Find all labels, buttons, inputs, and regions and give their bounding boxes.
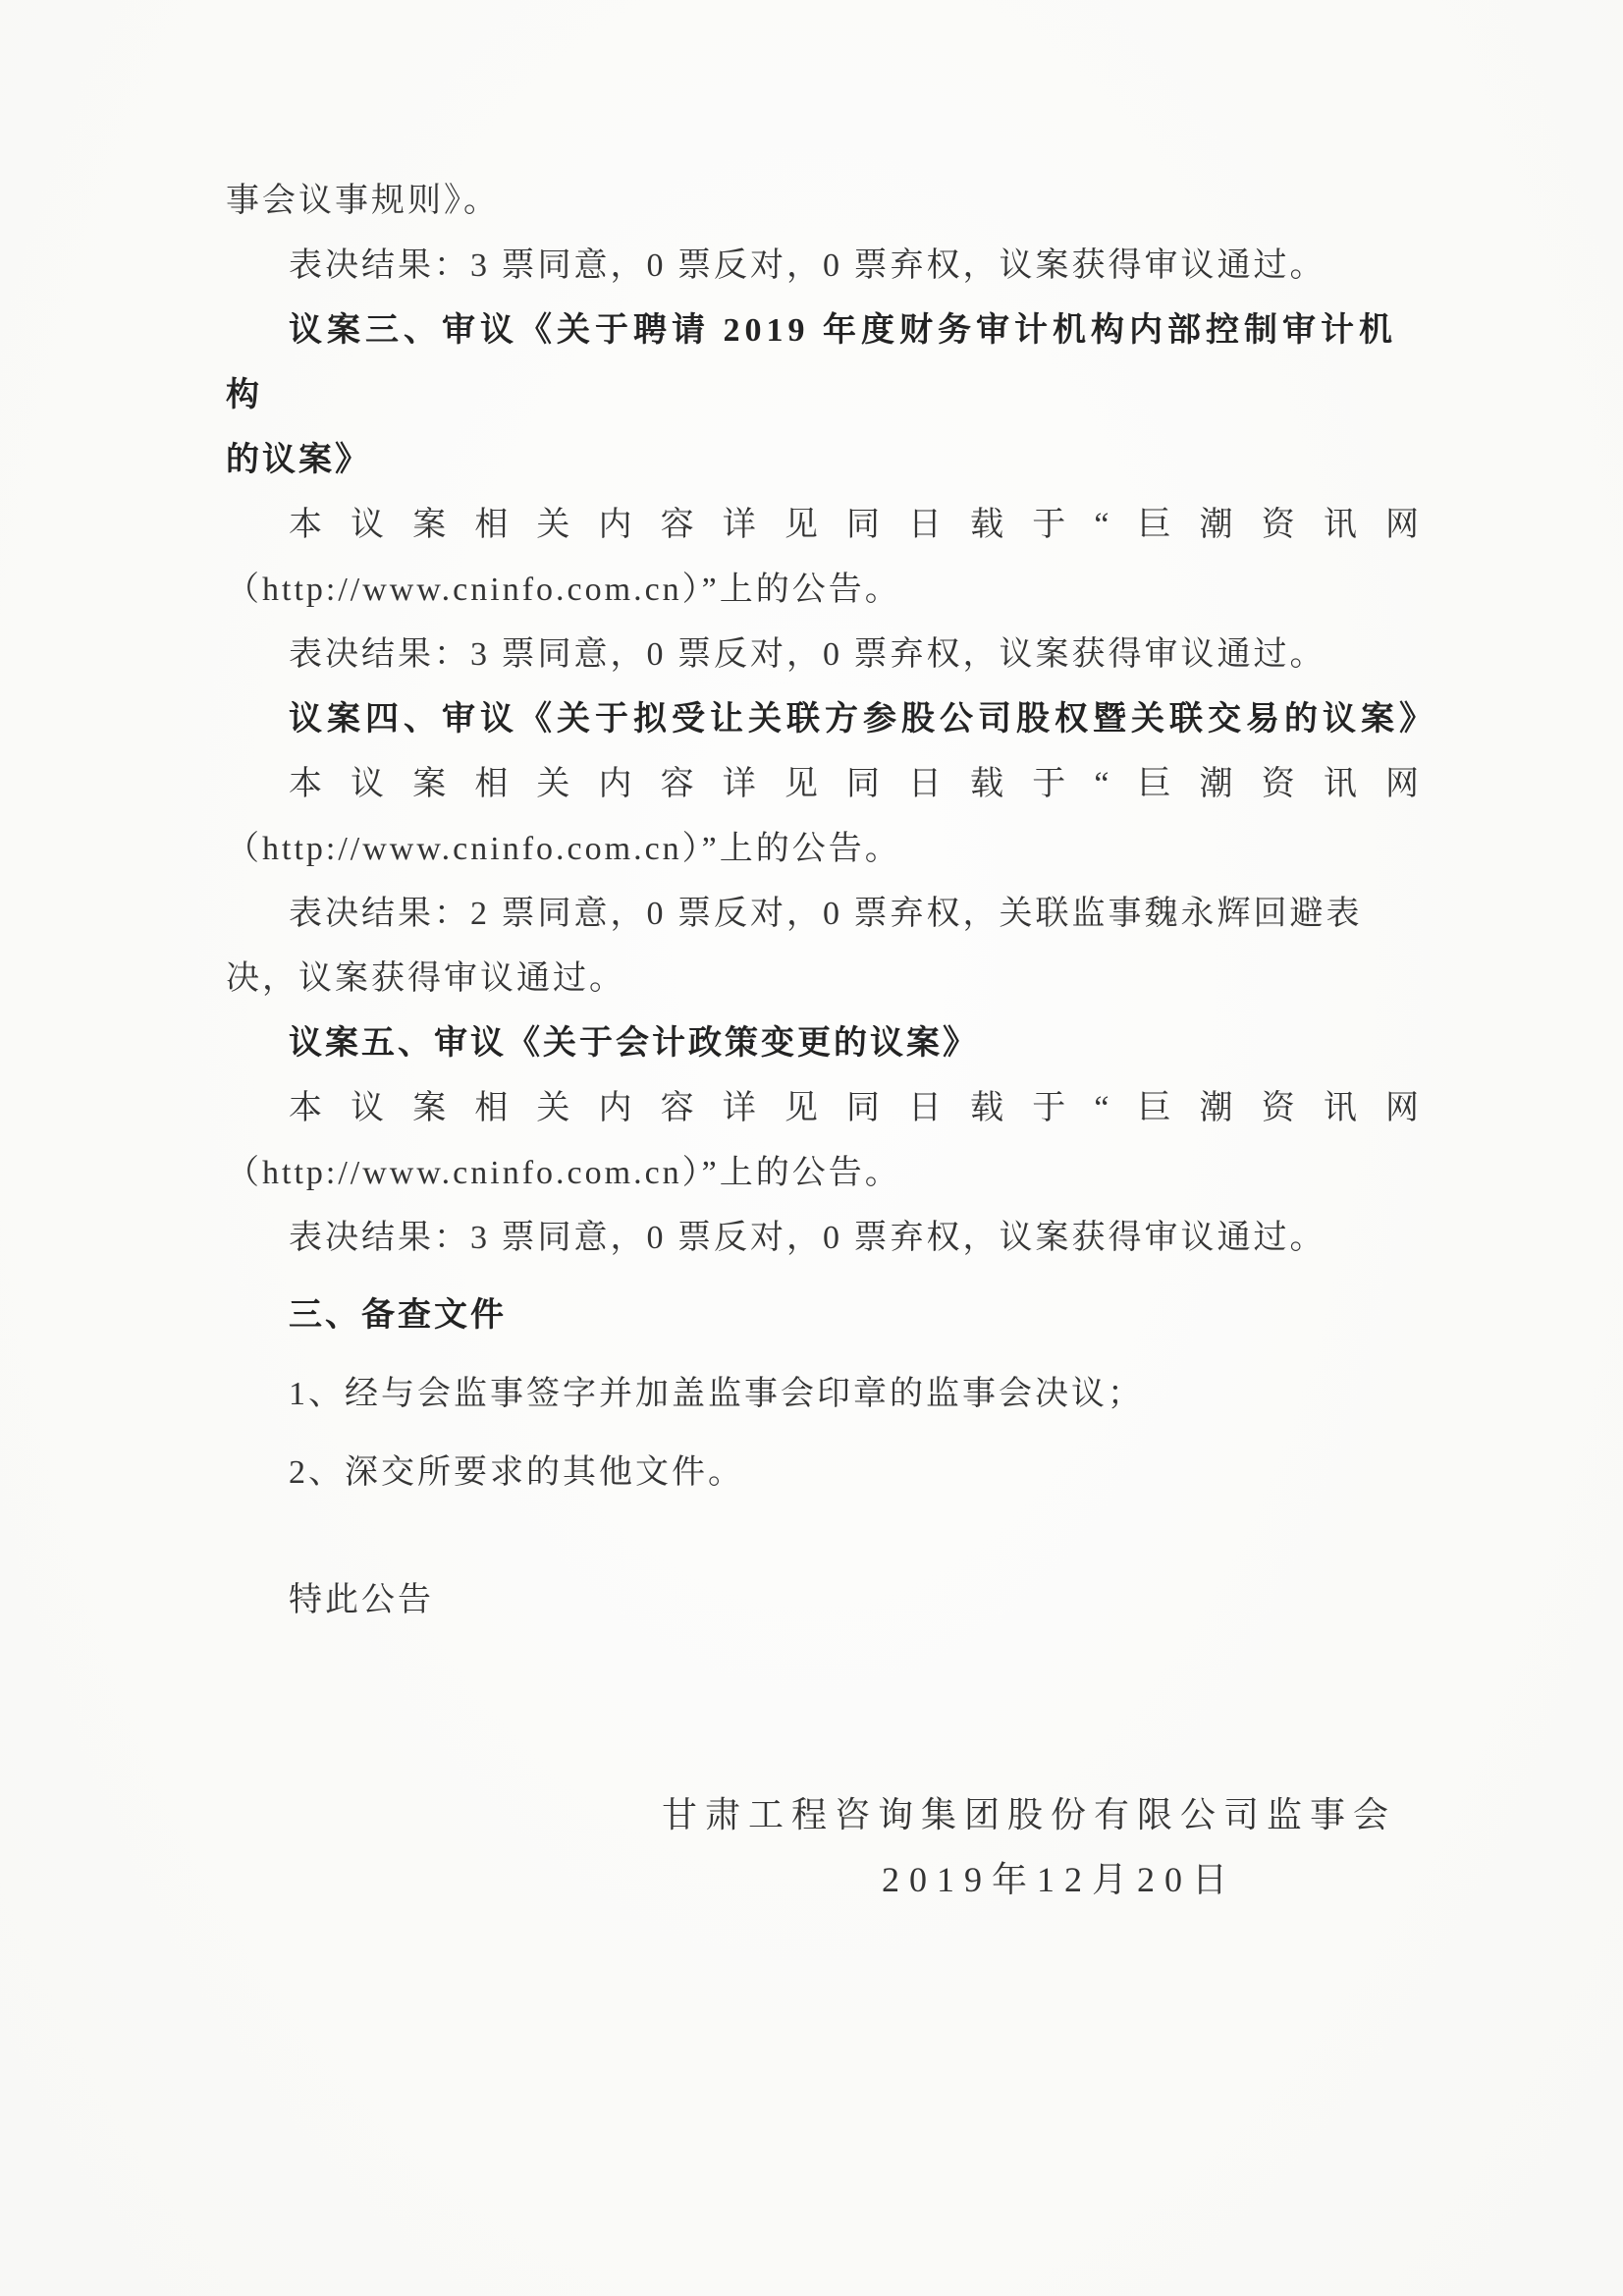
announcement-url-line-3: （http://www.cninfo.com.cn）”上的公告。 [226, 1141, 1422, 1206]
voting-result-proposal-5: 表决结果：3 票同意，0 票反对，0 票弃权，议案获得审议通过。 [226, 1206, 1422, 1271]
proposal-5-heading: 议案五、审议《关于会计政策变更的议案》 [226, 1011, 1422, 1076]
reference-document-item-2: 2、深交所要求的其他文件。 [226, 1441, 1422, 1505]
voting-result-proposal-4: 表决结果：2 票同意，0 票反对，0 票弃权，关联监事魏永辉回避表 [226, 882, 1422, 947]
voting-result-proposal-4-continuation: 决，议案获得审议通过。 [226, 947, 1422, 1011]
announcement-url-line-1: （http://www.cninfo.com.cn）”上的公告。 [226, 558, 1422, 623]
announcement-source-line-3: 本议案相关内容详见同日载于“巨潮资讯网 [226, 1076, 1422, 1141]
closing-announcement: 特此公告 [226, 1568, 1422, 1633]
rules-sentence-continuation: 事会议事规则》。 [226, 169, 1422, 234]
proposal-3-heading: 议案三、审议《关于聘请 2019 年度财务审计机构内部控制审计机构 [226, 299, 1422, 428]
signature-company: 甘肃工程咨询集团股份有限公司监事会 [226, 1782, 1396, 1847]
announcement-source-line-1: 本议案相关内容详见同日载于“巨潮资讯网 [226, 493, 1422, 558]
announcement-document: 事会议事规则》。 表决结果：3 票同意，0 票反对，0 票弃权，议案获得审议通过… [226, 169, 1422, 1912]
announcement-source-line-2: 本议案相关内容详见同日载于“巨潮资讯网 [226, 752, 1422, 817]
voting-result-proposal-2: 表决结果：3 票同意，0 票反对，0 票弃权，议案获得审议通过。 [226, 234, 1422, 299]
reference-document-item-1: 1、经与会监事签字并加盖监事会印章的监事会决议； [226, 1362, 1422, 1427]
proposal-4-heading: 议案四、审议《关于拟受让关联方参股公司股权暨关联交易的议案》 [226, 687, 1422, 752]
announcement-url-line-2: （http://www.cninfo.com.cn）”上的公告。 [226, 817, 1422, 882]
proposal-3-heading-continuation: 的议案》 [226, 428, 1422, 493]
signature-date: 2019年12月20日 [226, 1847, 1237, 1912]
section-3-documents-heading: 三、备查文件 [226, 1284, 1422, 1348]
voting-result-proposal-3: 表决结果：3 票同意，0 票反对，0 票弃权，议案获得审议通过。 [226, 623, 1422, 687]
